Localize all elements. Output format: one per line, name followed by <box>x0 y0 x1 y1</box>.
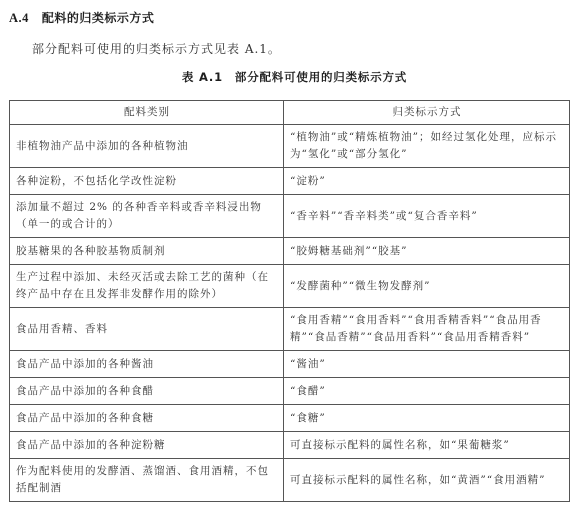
section-number: A.4 <box>9 11 29 25</box>
category-cell: 胶基糖果的各种胶基物质制剂 <box>10 238 284 265</box>
table-row: 生产过程中添加、未经灭活或去除工艺的菌种（在终产品中存在且发挥非发酵作用的除外）… <box>10 265 570 308</box>
column-header-labeling: 归类标示方式 <box>284 101 570 125</box>
category-cell: 添加量不超过 2% 的各种香辛料或香辛料浸出物（单一的或合计的） <box>10 195 284 238</box>
table-row: 食品产品中添加的各种食糖 “食糖” <box>10 405 570 432</box>
labeling-cell: “胶姆糖基础剂”“胶基” <box>284 238 570 265</box>
ingredient-classification-table: 配料类别 归类标示方式 非植物油产品中添加的各种植物油 “植物油”或“精炼植物油… <box>9 100 570 502</box>
category-cell: 食品产品中添加的各种食糖 <box>10 405 284 432</box>
category-cell: 食品产品中添加的各种淀粉糖 <box>10 432 284 459</box>
section-heading: A.4配料的归类标示方式 <box>9 9 154 26</box>
table-row: 食品用香精、香料 “食用香精”“食用香料”“食用香精香料”“食品用香精”“食品香… <box>10 308 570 351</box>
labeling-cell: “淀粉” <box>284 168 570 195</box>
table-caption-number: 表 A.1 <box>182 70 223 84</box>
table-row: 作为配料使用的发酵酒、蒸馏酒、食用酒精，不包括配制酒 可直接标示配料的属性名称，… <box>10 459 570 502</box>
category-cell: 食品用香精、香料 <box>10 308 284 351</box>
labeling-cell: “香辛料”“香辛料类”或“复合香辛料” <box>284 195 570 238</box>
table-row: 食品产品中添加的各种淀粉糖 可直接标示配料的属性名称，如“果葡糖浆” <box>10 432 570 459</box>
table-row: 胶基糖果的各种胶基物质制剂 “胶姆糖基础剂”“胶基” <box>10 238 570 265</box>
labeling-cell: “发酵菌种”“微生物发酵剂” <box>284 265 570 308</box>
section-title: 配料的归类标示方式 <box>42 11 155 25</box>
labeling-cell: “酱油” <box>284 351 570 378</box>
category-cell: 各种淀粉，不包括化学改性淀粉 <box>10 168 284 195</box>
category-cell: 生产过程中添加、未经灭活或去除工艺的菌种（在终产品中存在且发挥非发酵作用的除外） <box>10 265 284 308</box>
table-row: 食品产品中添加的各种食醋 “食醋” <box>10 378 570 405</box>
table-caption-title: 部分配料可使用的归类标示方式 <box>235 70 407 84</box>
table-row: 非植物油产品中添加的各种植物油 “植物油”或“精炼植物油”；如经过氢化处理，应标… <box>10 125 570 168</box>
labeling-cell: 可直接标示配料的属性名称，如“黄酒”“食用酒精” <box>284 459 570 502</box>
category-cell: 食品产品中添加的各种食醋 <box>10 378 284 405</box>
category-cell: 非植物油产品中添加的各种植物油 <box>10 125 284 168</box>
category-cell: 食品产品中添加的各种酱油 <box>10 351 284 378</box>
labeling-cell: “食醋” <box>284 378 570 405</box>
column-header-category: 配料类别 <box>10 101 284 125</box>
labeling-cell: 可直接标示配料的属性名称，如“果葡糖浆” <box>284 432 570 459</box>
labeling-cell: “食糖” <box>284 405 570 432</box>
table-header-row: 配料类别 归类标示方式 <box>10 101 570 125</box>
table-row: 各种淀粉，不包括化学改性淀粉 “淀粉” <box>10 168 570 195</box>
intro-paragraph: 部分配料可使用的归类标示方式见表 A.1。 <box>32 40 281 57</box>
table-caption: 表 A.1部分配料可使用的归类标示方式 <box>0 69 575 85</box>
labeling-cell: “食用香精”“食用香料”“食用香精香料”“食品用香精”“食品香精”“食品用香料”… <box>284 308 570 351</box>
table-row: 添加量不超过 2% 的各种香辛料或香辛料浸出物（单一的或合计的） “香辛料”“香… <box>10 195 570 238</box>
table-row: 食品产品中添加的各种酱油 “酱油” <box>10 351 570 378</box>
category-cell: 作为配料使用的发酵酒、蒸馏酒、食用酒精，不包括配制酒 <box>10 459 284 502</box>
labeling-cell: “植物油”或“精炼植物油”；如经过氢化处理，应标示为“氢化”或“部分氢化” <box>284 125 570 168</box>
